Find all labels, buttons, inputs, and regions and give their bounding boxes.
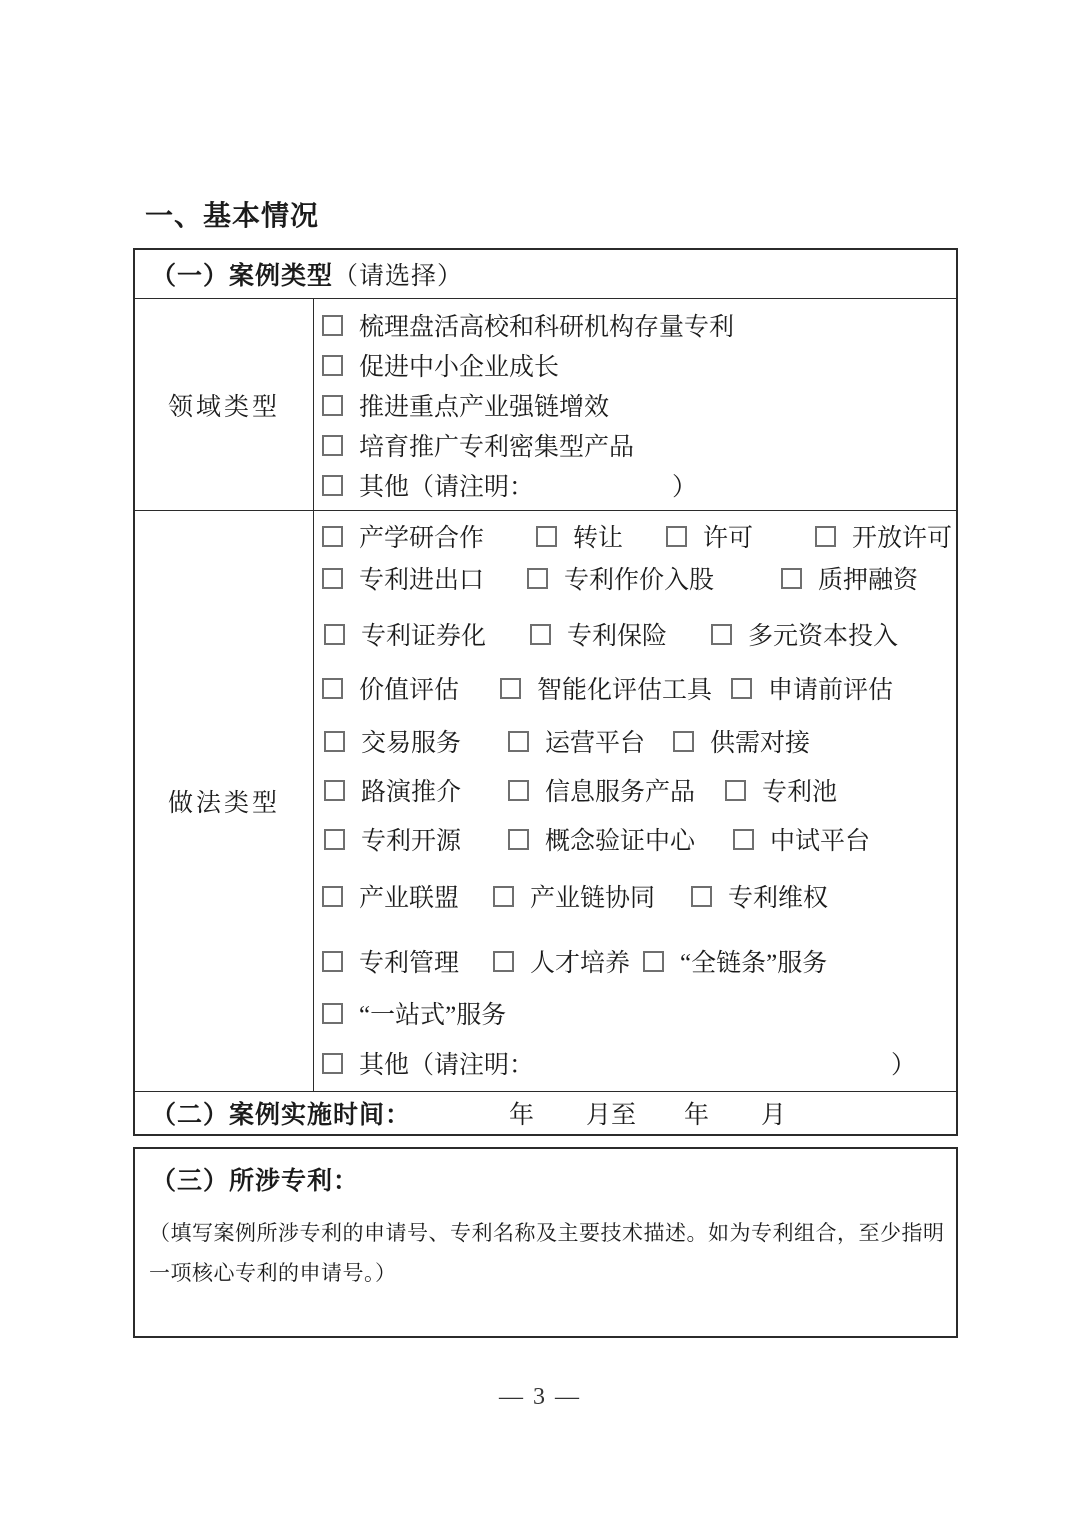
practice-line: 产业联盟 产业链协同 专利维权 (314, 879, 956, 913)
practice-line: 路演推介 信息服务产品 专利池 (314, 773, 956, 807)
time-unit-month2: 月 (761, 1095, 786, 1131)
checkbox-label: 专利池 (762, 772, 837, 808)
field-option-line: 促进中小企业成长 (314, 345, 956, 385)
checkbox-icon[interactable] (493, 951, 514, 972)
checkbox-label: 培育推广专利密集型产品 (359, 427, 634, 463)
checkbox-icon[interactable] (322, 886, 343, 907)
field-type-label: 领域类型 (135, 299, 314, 510)
field-type-row: 领域类型 梳理盘活高校和科研机构存量专利 促进中小企业成长 推进重点产业强链增效… (135, 299, 956, 511)
checkbox-icon[interactable] (324, 780, 345, 801)
checkbox-icon[interactable] (322, 951, 343, 972)
practice-line: 价值评估 智能化评估工具 申请前评估 (314, 671, 956, 705)
checkbox-icon[interactable] (527, 568, 548, 589)
practice-line: 产学研合作 转让 许可 开放许可 (314, 519, 956, 553)
practice-type-row: 做法类型 产学研合作 转让 许可 开放许可 专利进出口 专利作价入股 质押融资 … (135, 511, 956, 1092)
checkbox-label: 专利作价入股 (564, 560, 714, 596)
checkbox-icon[interactable] (508, 829, 529, 850)
checkbox-label: 产业联盟 (359, 878, 459, 914)
practice-line: 专利管理 人才培养 “全链条”服务 (314, 944, 956, 978)
checkbox-icon[interactable] (322, 526, 343, 547)
checkbox-icon[interactable] (536, 526, 557, 547)
checkbox-label: “一站式”服务 (359, 995, 506, 1031)
practice-type-options: 产学研合作 转让 许可 开放许可 专利进出口 专利作价入股 质押融资 专利证券化… (314, 511, 956, 1091)
checkbox-label: 专利进出口 (359, 560, 484, 596)
checkbox-icon[interactable] (666, 526, 687, 547)
practice-line: 专利证券化 专利保险 多元资本投入 (314, 617, 956, 651)
document-page: 一、基本情况 （一）案例类型（请选择） 领域类型 梳理盘活高校和科研机构存量专利… (0, 0, 1080, 1527)
checkbox-label: 中试平台 (770, 821, 870, 857)
checkbox-icon[interactable] (322, 475, 343, 496)
checkbox-label: 专利管理 (359, 943, 459, 979)
checkbox-icon[interactable] (643, 951, 664, 972)
checkbox-label: 信息服务产品 (545, 772, 695, 808)
checkbox-label: 专利开源 (361, 821, 461, 857)
checkbox-icon[interactable] (324, 624, 345, 645)
checkbox-icon[interactable] (508, 731, 529, 752)
checkbox-icon[interactable] (725, 780, 746, 801)
field-type-options: 梳理盘活高校和科研机构存量专利 促进中小企业成长 推进重点产业强链增效 培育推广… (314, 299, 956, 510)
patent-box: （三）所涉专利： （填写案例所涉专利的申请号、专利名称及主要技术描述。如为专利组… (133, 1147, 958, 1338)
checkbox-icon[interactable] (322, 678, 343, 699)
checkbox-icon[interactable] (322, 315, 343, 336)
other-close-paren: ） (672, 467, 697, 503)
time-unit-month-to: 月至 (586, 1095, 636, 1131)
case-type-header-hint: （请选择） (333, 256, 463, 292)
checkbox-label: 申请前评估 (768, 670, 893, 706)
checkbox-icon[interactable] (781, 568, 802, 589)
practice-line: 专利进出口 专利作价入股 质押融资 (314, 561, 956, 595)
field-option-line: 梳理盘活高校和科研机构存量专利 (314, 305, 956, 345)
checkbox-label: 其他（请注明： (359, 1045, 534, 1081)
checkbox-label: 促进中小企业成长 (359, 347, 559, 383)
checkbox-label: 其他（请注明： (359, 467, 534, 503)
practice-type-label: 做法类型 (135, 511, 314, 1091)
checkbox-icon[interactable] (322, 435, 343, 456)
checkbox-label: 交易服务 (361, 723, 461, 759)
patent-box-label: （三）所涉专利： (135, 1149, 956, 1197)
case-type-header-row: （一）案例类型（请选择） (135, 250, 956, 299)
checkbox-icon[interactable] (322, 568, 343, 589)
checkbox-icon[interactable] (733, 829, 754, 850)
field-option-other-line: 其他（请注明： ） (314, 465, 956, 505)
checkbox-icon[interactable] (324, 731, 345, 752)
patent-note-line1: （填写案例所涉专利的申请号、专利名称及主要技术描述。如为专利组合，至少指明 (149, 1213, 956, 1253)
checkbox-label: 智能化评估工具 (537, 670, 712, 706)
practice-line: 交易服务 运营平台 供需对接 (314, 724, 956, 758)
case-type-table: （一）案例类型（请选择） 领域类型 梳理盘活高校和科研机构存量专利 促进中小企业… (133, 248, 958, 1136)
checkbox-label: 路演推介 (361, 772, 461, 808)
checkbox-label: 梳理盘活高校和科研机构存量专利 (359, 307, 734, 343)
checkbox-label: 开放许可 (852, 518, 952, 554)
page-number: — 3 — (0, 1384, 1080, 1411)
time-unit-year1: 年 (509, 1095, 534, 1131)
checkbox-label: 产业链协同 (530, 878, 655, 914)
checkbox-label: 专利证券化 (361, 616, 486, 652)
practice-line: “一站式”服务 (314, 996, 956, 1030)
checkbox-label: 多元资本投入 (748, 616, 898, 652)
checkbox-label: 专利维权 (728, 878, 828, 914)
checkbox-icon[interactable] (691, 886, 712, 907)
patent-box-note: （填写案例所涉专利的申请号、专利名称及主要技术描述。如为专利组合，至少指明 一项… (135, 1197, 956, 1293)
field-option-line: 培育推广专利密集型产品 (314, 425, 956, 465)
section-title: 一、基本情况 (145, 194, 319, 234)
time-row-label: （二）案例实施时间： (151, 1095, 411, 1131)
time-unit-year2: 年 (684, 1095, 709, 1131)
checkbox-label: 质押融资 (818, 560, 918, 596)
checkbox-label: 运营平台 (545, 723, 645, 759)
checkbox-label: 人才培养 (530, 943, 630, 979)
checkbox-icon[interactable] (322, 1053, 343, 1074)
checkbox-icon[interactable] (731, 678, 752, 699)
checkbox-icon[interactable] (711, 624, 732, 645)
checkbox-icon[interactable] (322, 355, 343, 376)
checkbox-label: 专利保险 (567, 616, 667, 652)
field-option-line: 推进重点产业强链增效 (314, 385, 956, 425)
checkbox-icon[interactable] (500, 678, 521, 699)
case-type-header-label: （一）案例类型 (151, 256, 333, 292)
checkbox-icon[interactable] (322, 1003, 343, 1024)
checkbox-icon[interactable] (673, 731, 694, 752)
checkbox-icon[interactable] (815, 526, 836, 547)
other-close-paren: ） (891, 1045, 916, 1081)
checkbox-icon[interactable] (324, 829, 345, 850)
checkbox-label: 许可 (703, 518, 753, 554)
checkbox-icon[interactable] (493, 886, 514, 907)
checkbox-label: 价值评估 (359, 670, 459, 706)
checkbox-label: 推进重点产业强链增效 (359, 387, 609, 423)
checkbox-icon[interactable] (322, 395, 343, 416)
time-row: （二）案例实施时间： 年 月至 年 月 (135, 1092, 956, 1134)
practice-other-line: 其他（请注明： ） (314, 1046, 956, 1080)
checkbox-label: 概念验证中心 (545, 821, 695, 857)
checkbox-label: 产学研合作 (359, 518, 484, 554)
checkbox-icon[interactable] (530, 624, 551, 645)
checkbox-label: 供需对接 (710, 723, 810, 759)
checkbox-label: 转让 (573, 518, 623, 554)
patent-note-line2: 一项核心专利的申请号。） (149, 1253, 956, 1293)
checkbox-icon[interactable] (508, 780, 529, 801)
practice-line: 专利开源 概念验证中心 中试平台 (314, 822, 956, 856)
checkbox-label: “全链条”服务 (680, 943, 827, 979)
